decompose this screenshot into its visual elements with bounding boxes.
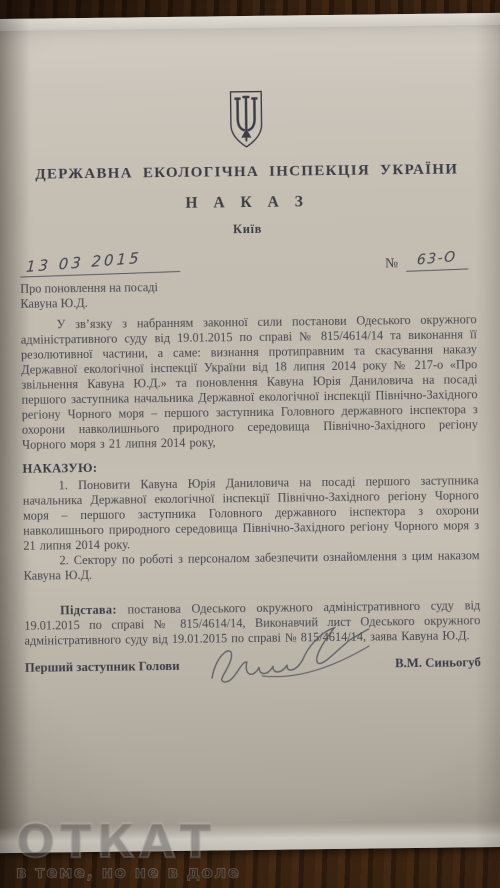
number-sign: № xyxy=(385,255,398,271)
signature-icon xyxy=(200,618,380,700)
document-content: ДЕРЖАВНА ЕКОЛОГІЧНА ІНСПЕКЦІЯ УКРАЇНИ Н … xyxy=(0,13,500,853)
signer-name: В.М. Синьогуб xyxy=(395,655,481,671)
emblem-wrap xyxy=(18,85,475,160)
tryzub-emblem-icon xyxy=(223,88,270,153)
order-item-1: 1. Поновити Кавуна Юрія Даниловича на по… xyxy=(23,473,480,554)
handwritten-number: 63-О xyxy=(417,249,458,269)
date-number-row: 13 03 2015 № 63-О xyxy=(20,246,476,276)
document-page: ДЕРЖАВНА ЕКОЛОГІЧНА ІНСПЕКЦІЯ УКРАЇНИ Н … xyxy=(0,13,500,853)
signature-row: Перший заступник Голови В.М. Синьогуб xyxy=(25,655,481,676)
watermark-subtitle: в теме, но не в доле xyxy=(16,863,241,882)
subject-block: Про поновлення на посаді Кавуна Ю.Д. xyxy=(20,276,476,312)
number-field: № 63-О xyxy=(385,249,468,271)
organization-name: ДЕРЖАВНА ЕКОЛОГІЧНА ІНСПЕКЦІЯ УКРАЇНИ xyxy=(19,161,475,184)
watermark-title: ОТКАТ xyxy=(16,820,241,862)
signer-title: Перший заступник Голови xyxy=(25,659,180,676)
basis-label: Підстава: xyxy=(60,603,117,618)
order-item-2: 2. Сектору по роботі з персоналом забезп… xyxy=(23,548,479,584)
intro-paragraph: У зв’язку з набранням законної сили пост… xyxy=(21,312,479,453)
date-field: 13 03 2015 xyxy=(20,250,181,278)
handwritten-date: 13 03 2015 xyxy=(25,249,142,276)
number-line: 63-О xyxy=(406,249,469,272)
city-label: Київ xyxy=(19,219,475,240)
document-type-title: Н А К А З xyxy=(19,191,475,215)
watermark: ОТКАТ в теме, но не в доле xyxy=(16,820,241,882)
